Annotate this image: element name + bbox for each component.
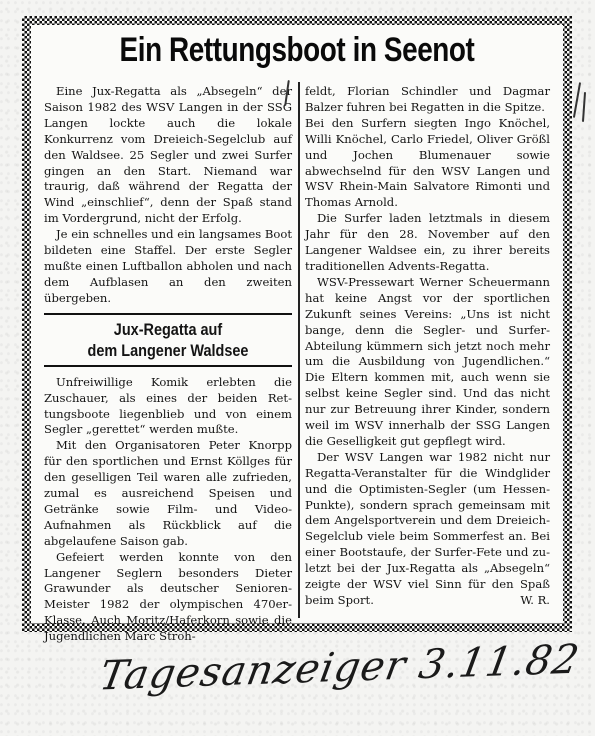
headline: Ein Rettungsboot in Seenot: [88, 30, 506, 70]
paragraph: Gefeiert werden konnte von den Langener …: [44, 550, 292, 645]
paragraph: WSV-Pressewart Werner Scheuer­mann hat k…: [305, 275, 550, 450]
paragraph-text: Der WSV Langen war 1982 nicht nur Regatt…: [305, 450, 550, 607]
newspaper-clipping: Ein Rettungsboot in Seenot Eine Jux-Rega…: [22, 16, 572, 632]
author-signature: W. R.: [508, 593, 550, 609]
subheading-line-1: Jux-Regatta auf: [63, 319, 274, 340]
paragraph: Bei den Surfern siegten Ingo Knö­chel, W…: [305, 116, 550, 211]
paragraph: Die Surfer laden letztmals in die­sem Ja…: [305, 211, 550, 275]
paragraph: Eine Jux-Regatta als „Absegeln“ der Sais…: [44, 84, 292, 227]
subheading-line-2: dem Langener Waldsee: [63, 340, 274, 361]
paragraph: Mit den Organisatoren Peter Knorpp für d…: [44, 438, 292, 549]
pen-mark: [582, 92, 586, 122]
paragraph: Unfreiwillige Komik erlebten die Zuschau…: [44, 375, 292, 439]
handwritten-note: Tagesanzeiger 3.11.82: [96, 636, 583, 699]
paragraph: Je ein schnelles und ein langsames Boot …: [44, 227, 292, 307]
paragraph: Der WSV Langen war 1982 nicht nur Regatt…: [305, 450, 550, 609]
right-column: feldt, Florian Schindler und Dagmar Balz…: [305, 84, 550, 609]
subheading-box: Jux-Regatta auf dem Langener Waldsee: [44, 313, 292, 367]
left-column: Eine Jux-Regatta als „Absegeln“ der Sais…: [44, 84, 292, 645]
pen-mark: [573, 82, 581, 118]
paragraph: feldt, Florian Schindler und Dagmar Balz…: [305, 84, 550, 116]
column-divider: [298, 82, 300, 618]
